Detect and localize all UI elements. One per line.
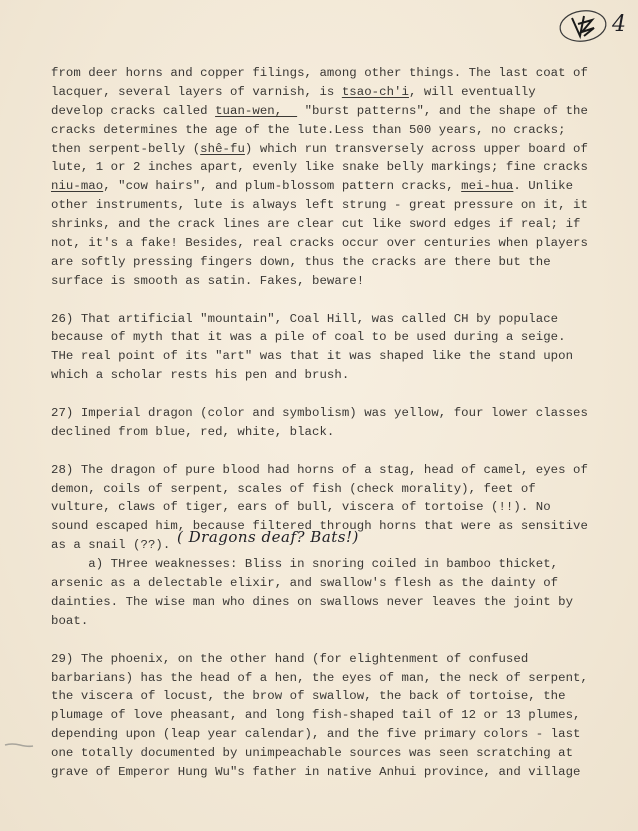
text-line: shrinks, and the crack lines are clear c… — [51, 215, 631, 234]
text-line: THe real point of its "art" was that it … — [51, 347, 631, 366]
text-segment: then serpent-belly ( — [51, 142, 200, 156]
text-segment: depending upon (leap year calendar), and… — [51, 727, 580, 741]
text-segment: lacquer, several layers of varnish, is — [51, 85, 342, 99]
text-segment: declined from blue, red, white, black. — [51, 425, 334, 439]
typed-body-text: from deer horns and copper filings, amon… — [51, 64, 631, 782]
text-line: surface is smooth as satin. Fakes, bewar… — [51, 272, 631, 291]
text-line: demon, coils of serpent, scales of fish … — [51, 480, 631, 499]
text-segment: a) THree weaknesses: Bliss in snoring co… — [51, 557, 558, 571]
text-segment: , will eventually — [409, 85, 536, 99]
text-line: barbarians) has the head of a hen, the e… — [51, 669, 631, 688]
text-line: cracks determines the age of the lute.Le… — [51, 121, 631, 140]
text-line: depending upon (leap year calendar), and… — [51, 725, 631, 744]
text-line: 27) Imperial dragon (color and symbolism… — [51, 404, 631, 423]
text-segment: shrinks, and the crack lines are clear c… — [51, 217, 580, 231]
text-line: arsenic as a delectable elixir, and swal… — [51, 574, 631, 593]
text-line: because of myth that it was a pile of co… — [51, 328, 631, 347]
underlined-term: niu-mao — [51, 179, 103, 193]
text-segment: . Unlike — [513, 179, 573, 193]
text-line: not, it's a fake! Besides, real cracks o… — [51, 234, 631, 253]
text-segment: which a scholar rests his pen and brush. — [51, 368, 349, 382]
text-line: develop cracks called tuan-wen, "burst p… — [51, 102, 631, 121]
text-line: boat. — [51, 612, 631, 631]
typewritten-page: 4 from deer horns and copper filings, am… — [0, 0, 638, 831]
text-segment: surface is smooth as satin. Fakes, bewar… — [51, 274, 364, 288]
text-segment: 26) That artificial "mountain", Coal Hil… — [51, 312, 558, 326]
text-line: grave of Emperor Hung Wu"s father in nat… — [51, 763, 631, 782]
text-segment: vulture, claws of tiger, ears of bull, v… — [51, 500, 551, 514]
text-line: plumage of love pheasant, and long fish-… — [51, 706, 631, 725]
text-line: the viscera of locust, the brow of swall… — [51, 687, 631, 706]
text-line: a) THree weaknesses: Bliss in snoring co… — [51, 555, 631, 574]
text-segment: , "cow hairs", and plum-blossom pattern … — [103, 179, 461, 193]
text-line: dainties. The wise man who dines on swal… — [51, 593, 631, 612]
text-line: one totally documented by unimpeachable … — [51, 744, 631, 763]
text-line: 26) That artificial "mountain", Coal Hil… — [51, 310, 631, 329]
text-segment: THe real point of its "art" was that it … — [51, 349, 573, 363]
text-segment: "burst patterns", and the shape of the — [297, 104, 588, 118]
text-segment: 28) The dragon of pure blood had horns o… — [51, 463, 588, 477]
text-segment: not, it's a fake! Besides, real cracks o… — [51, 236, 588, 250]
text-segment: boat. — [51, 614, 88, 628]
circled-initials-mark — [558, 6, 610, 46]
text-line: lacquer, several layers of varnish, is t… — [51, 83, 631, 102]
page-number: 4 — [612, 12, 626, 37]
handwritten-annotation: ( Dragons deaf? Bats!) — [177, 528, 359, 546]
text-segment: the viscera of locust, the brow of swall… — [51, 689, 566, 703]
text-line: declined from blue, red, white, black. — [51, 423, 631, 442]
text-line: vulture, claws of tiger, ears of bull, v… — [51, 498, 631, 517]
underlined-term: shê-fu — [200, 142, 245, 156]
text-segment: develop cracks called — [51, 104, 215, 118]
text-segment: are softly pressing fingers down, thus t… — [51, 255, 551, 269]
text-line: 28) The dragon of pure blood had horns o… — [51, 461, 631, 480]
text-segment: lute, 1 or 2 inches apart, evenly like s… — [51, 160, 588, 174]
text-segment: because of myth that it was a pile of co… — [51, 330, 566, 344]
text-segment: as a snail (??). — [51, 538, 170, 552]
text-segment: plumage of love pheasant, and long fish-… — [51, 708, 580, 722]
text-line: then serpent-belly (shê-fu) which run tr… — [51, 140, 631, 159]
text-line: 29) The phoenix, on the other hand (for … — [51, 650, 631, 669]
text-line: other instruments, lute is always left s… — [51, 196, 631, 215]
text-segment: arsenic as a delectable elixir, and swal… — [51, 576, 558, 590]
text-line: niu-mao, "cow hairs", and plum-blossom p… — [51, 177, 631, 196]
text-segment: from deer horns and copper filings, amon… — [51, 66, 588, 80]
text-segment: cracks determines the age of the lute.Le… — [51, 123, 566, 137]
margin-smudge — [4, 742, 34, 748]
text-line: are softly pressing fingers down, thus t… — [51, 253, 631, 272]
paragraph-gap — [51, 442, 631, 461]
paragraph-gap — [51, 291, 631, 310]
text-line: lute, 1 or 2 inches apart, evenly like s… — [51, 158, 631, 177]
text-segment: grave of Emperor Hung Wu"s father in nat… — [51, 765, 580, 779]
text-segment: 29) The phoenix, on the other hand (for … — [51, 652, 528, 666]
underlined-term: tsao-ch'i — [342, 85, 409, 99]
text-segment: barbarians) has the head of a hen, the e… — [51, 671, 588, 685]
paragraph-gap — [51, 631, 631, 650]
text-segment: demon, coils of serpent, scales of fish … — [51, 482, 536, 496]
text-segment: other instruments, lute is always left s… — [51, 198, 588, 212]
underlined-term: mei-hua — [461, 179, 513, 193]
text-line: which a scholar rests his pen and brush. — [51, 366, 631, 385]
paragraph-gap — [51, 385, 631, 404]
text-segment: 27) Imperial dragon (color and symbolism… — [51, 406, 588, 420]
text-segment: one totally documented by unimpeachable … — [51, 746, 573, 760]
underlined-term: tuan-wen, — [215, 104, 297, 118]
text-segment: dainties. The wise man who dines on swal… — [51, 595, 573, 609]
text-segment: ) which run transversely across upper bo… — [245, 142, 588, 156]
text-line: from deer horns and copper filings, amon… — [51, 64, 631, 83]
